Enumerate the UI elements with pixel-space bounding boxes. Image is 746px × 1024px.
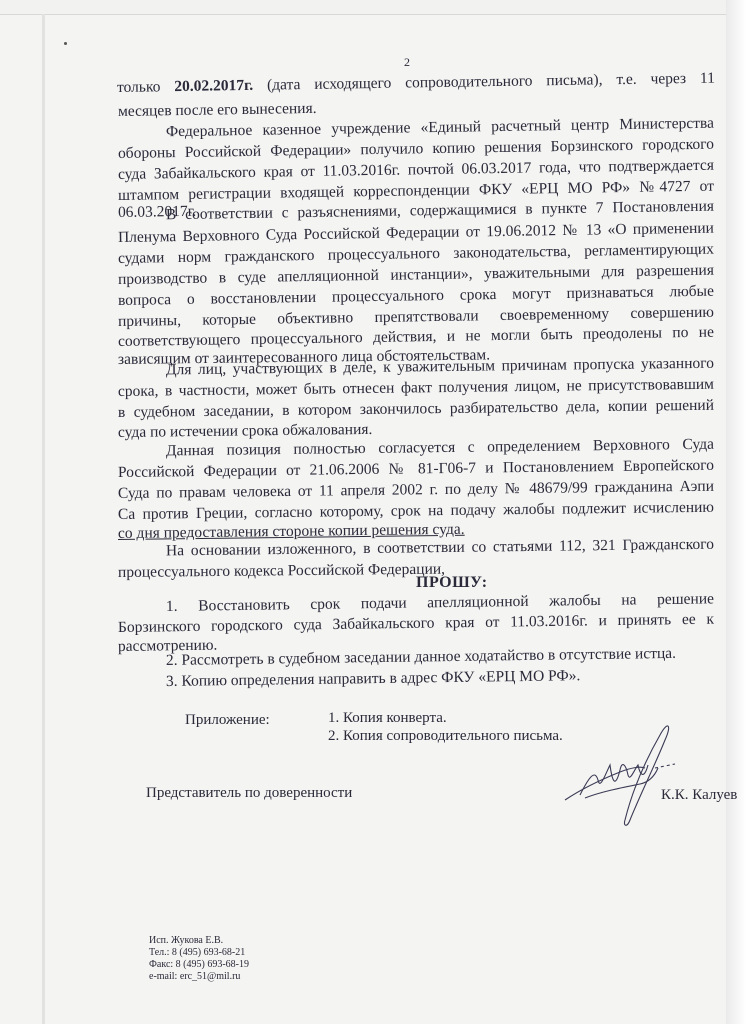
executor-fax: Факс: 8 (495) 693-68-19	[149, 959, 249, 971]
attachment-item: 1. Копия конверта.	[328, 710, 447, 727]
executor-name: Исп. Жукова Е.В.	[149, 935, 249, 947]
handwritten-signature	[560, 720, 690, 830]
page-edge	[726, 0, 746, 1024]
signatory-role: Представитель по доверенности	[146, 785, 352, 802]
attachment-item: 2. Копия сопроводительного письма.	[328, 728, 563, 745]
executor-email: e-mail: erc_51@mil.ru	[149, 971, 249, 983]
signatory-name: К.К. Калуев	[661, 787, 737, 804]
attachments-label: Приложение:	[185, 712, 270, 729]
body-line: процессуального кодекса Российской Федер…	[118, 561, 445, 582]
outgoing-date: 20.02.2017г.	[174, 77, 253, 95]
speck	[64, 42, 67, 45]
request-title: ПРОШУ:	[416, 574, 488, 592]
page-number: 2	[404, 55, 410, 70]
body-line: месяцев после его вынесения.	[118, 100, 317, 121]
fold-line	[42, 14, 45, 1024]
executor-contacts: Исп. Жукова Е.В. Тел.: 8 (495) 693-68-21…	[149, 935, 249, 983]
text-run: только	[117, 78, 175, 96]
executor-phone: Тел.: 8 (495) 693-68-21	[149, 947, 249, 959]
body-line: суда по истечении срока обжалования.	[118, 421, 373, 442]
